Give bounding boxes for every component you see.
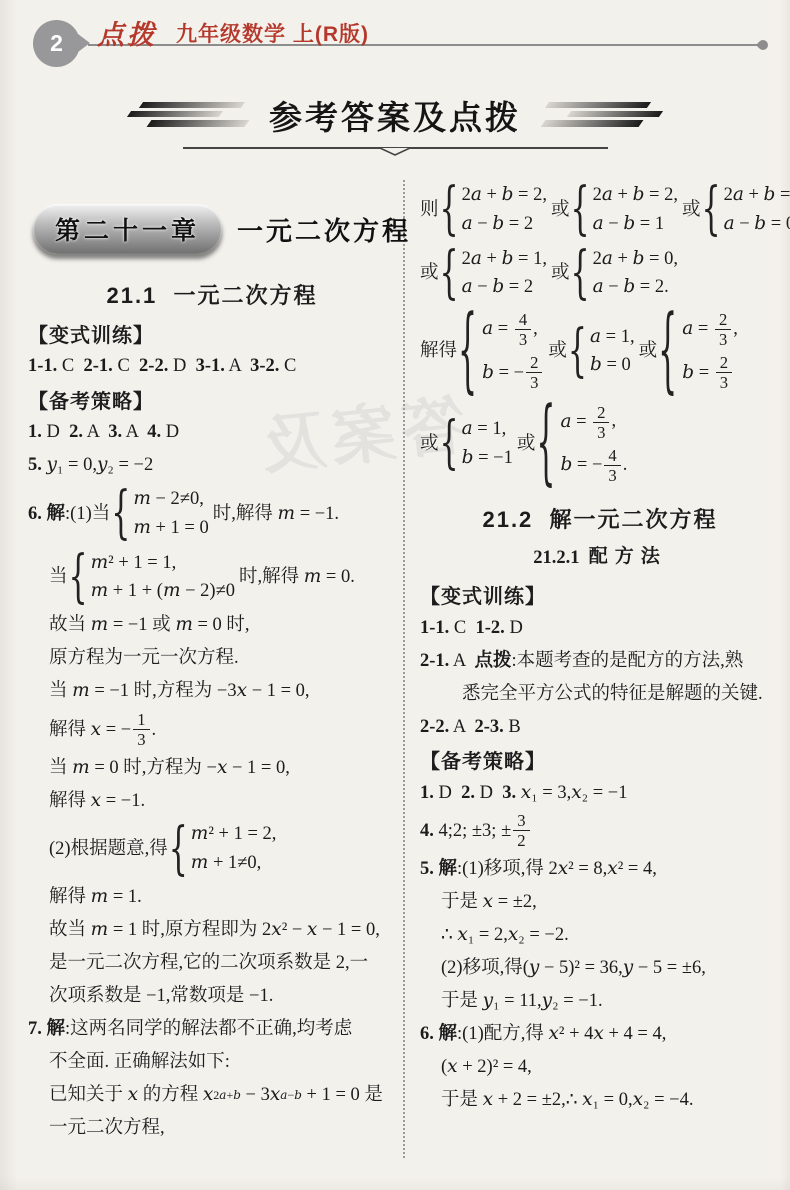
text-line: 6. 解:(1)配方,得 x² + 4x + 4 = 4, [420,1017,780,1050]
answer-key-page: 2 点拨 九年级数学 上(R版) 参考答案及点拨 第二十一章 一元二次方程 答案… [0,0,790,1190]
page-title: 参考答案及点拨 [269,92,521,139]
text-line: 1-1. C 2-1. C 2-2. D 3-1. A 3-2. C [28,350,396,383]
title-underline-chevron [380,147,410,157]
text-line: 则{2a + b = 2,a − b = 2或{2a + b = 2,a − b… [420,178,780,242]
book-edition-text: 九年级数学 上(R版) [176,18,369,48]
text-line: 2-1. A 点拨:本题考查的是配方的方法,熟 [420,644,780,677]
chapter-title: 一元二次方程 [237,211,411,248]
text-line: 1. D 2. D 3. x₁ = 3,x₂ = −1 [420,776,780,809]
text-line: 【备考策略】 [420,743,780,776]
title-underline [183,147,608,149]
text-line: 2-2. A 2-3. B [420,710,780,743]
text-line: 5. 解:(1)移项,得 2x² = 8,x² = 4, [420,852,780,885]
text-line: 【备考策略】 [28,383,396,416]
title-row: 参考答案及点拨 [0,92,790,139]
text-line: 于是 x = ±2, [420,885,780,918]
text-line: (x + 2)² = 4, [420,1050,780,1083]
text-line: 解得 x = −13. [28,708,396,751]
text-line: 1-1. C 1-2. D [420,611,780,644]
text-line: 21.2 解一元二次方程 [420,502,780,535]
brand-logo-text: 点拨 [97,13,157,52]
text-line: 次项系数是 −1,常数项是 −1. [28,980,396,1013]
page-number-badge: 2 [33,20,80,67]
text-line: 于是 x + 2 = ±2,∴ x₁ = 0,x₂ = −4. [420,1083,780,1116]
text-line: 当 m = 0 时,方程为 −x − 1 = 0, [28,751,396,784]
text-line: 7. 解:这两名同学的解法都不正确,均考虑 [28,1013,396,1046]
text-line: 当{m² + 1 = 1,m + 1 + (m − 2)≠0时,解得 m = 0… [28,546,396,610]
text-line: 21.1 一元二次方程 [28,278,396,311]
text-line: 于是 y₁ = 11,y₂ = −1. [420,984,780,1017]
text-line: 不全面. 正确解法如下: [28,1046,396,1079]
column-divider [403,180,405,1158]
text-line: (2)移项,得(y − 5)² = 36,y − 5 = ±6, [420,951,780,984]
right-column: 则{2a + b = 2,a − b = 2或{2a + b = 2,a − b… [420,178,780,1116]
text-line: 是一元二次方程,它的二次项系数是 2,一 [28,947,396,980]
text-line: ∴ x₁ = 2,x₂ = −2. [420,918,780,951]
text-line: 悉完全平方公式的特征是解题的关键. [420,677,780,710]
text-line: 故当 m = 1 时,原方程即为 2x² − x − 1 = 0, [28,914,396,947]
text-line: 1. D 2. A 3. A 4. D [28,416,396,449]
left-column: 21.1 一元二次方程【变式训练】1-1. C 2-1. C 2-2. D 3-… [28,266,396,1145]
speedline-right-decoration [543,102,661,130]
text-line: 解得 m = 1. [28,881,396,914]
page-number: 2 [50,30,63,57]
text-line: 6. 解:(1)当{m − 2≠0,m + 1 = 0时,解得 m = −1. [28,482,396,546]
chapter-badge: 第二十一章 [33,204,222,254]
speedline-left-decoration [129,102,247,130]
text-line: 解得 x = −1. [28,784,396,817]
text-line: 【变式训练】 [420,578,780,611]
text-line: (2)根据题意,得{m² + 1 = 2,m + 1≠0, [28,817,396,881]
text-line: 【变式训练】 [28,317,396,350]
text-line: 21.2.1 配方法 [420,541,780,574]
text-line: 当 m = −1 时,方程为 −3x − 1 = 0, [28,675,396,708]
text-line: 解得{a = 43,b = −23或{a = 1,b = 0或{a = 23,b… [420,305,780,398]
text-line: 已知关于 x 的方程 x2a+b − 3xa−b + 1 = 0 是 [28,1079,396,1112]
text-line: 4. 4;2; ±3; ±32 [420,809,780,852]
text-line: 原方程为一元一次方程. [28,642,396,675]
text-line: 5. y₁ = 0,y₂ = −2 [28,449,396,482]
chapter-heading-row: 第二十一章 一元二次方程 [33,204,411,254]
text-line: 一元二次方程, [28,1112,396,1145]
